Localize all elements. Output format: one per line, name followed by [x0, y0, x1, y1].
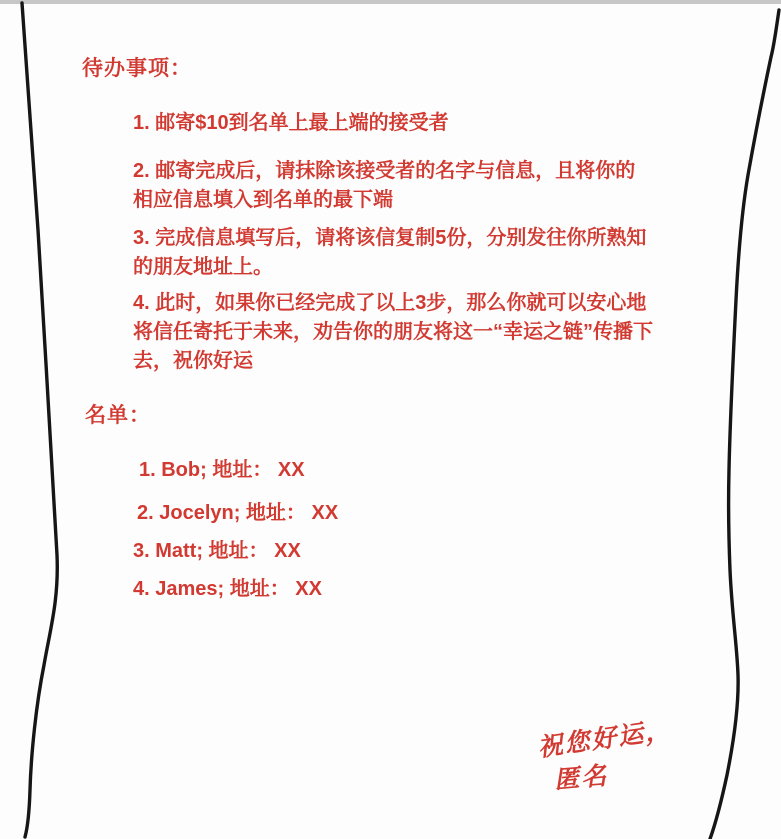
left-paper-edge-line [22, 3, 57, 837]
todo-item-4: 4. 此时，如果你已经完成了以上3步，那么你就可以安心地 将信任寄托于未来，劝告… [133, 289, 653, 376]
todo-item-4-line-3: 去，祝你好运 [133, 347, 653, 376]
todo-section-title: 待办事项： [82, 52, 192, 82]
todo-item-2-line-2: 相应信息填入到名单的最下端 [133, 186, 635, 215]
todo-item-4-line-2: 将信任寄托于未来，劝告你的朋友将这一“幸运之链”传播下 [133, 318, 653, 347]
todo-item-3-line-1: 3. 完成信息填写后，请将该信复制5份，分别发往你所熟知 [133, 224, 646, 253]
todo-item-2: 2. 邮寄完成后，请抹除该接受者的名字与信息，且将你的 相应信息填入到名单的最下… [133, 157, 635, 215]
right-paper-edge-line [710, 10, 779, 839]
roster-entry-jocelyn: 2. Jocelyn; 地址： XX [137, 501, 338, 525]
todo-item-2-line-1: 2. 邮寄完成后，请抹除该接受者的名字与信息，且将你的 [133, 157, 635, 186]
chain-letter-page: 待办事项： 1. 邮寄$10到名单上最上端的接受者 2. 邮寄完成后，请抹除该接… [0, 0, 781, 839]
todo-item-1: 1. 邮寄$10到名单上最上端的接受者 [133, 109, 449, 138]
todo-item-1-line-1: 1. 邮寄$10到名单上最上端的接受者 [133, 109, 449, 138]
roster-section-title: 名单： [85, 399, 151, 429]
roster-entry-matt: 3. Matt; 地址： XX [133, 539, 301, 563]
photo-top-edge [0, 0, 781, 4]
todo-item-3: 3. 完成信息填写后，请将该信复制5份，分别发往你所熟知 的朋友地址上。 [133, 224, 646, 282]
signature-anonymous-name: 匿名 [553, 756, 610, 797]
roster-entry-james: 4. James; 地址： XX [133, 577, 322, 601]
todo-item-3-line-2: 的朋友地址上。 [133, 253, 646, 282]
todo-item-4-line-1: 4. 此时，如果你已经完成了以上3步，那么你就可以安心地 [133, 289, 653, 318]
roster-entry-bob: 1. Bob; 地址： XX [139, 458, 305, 482]
